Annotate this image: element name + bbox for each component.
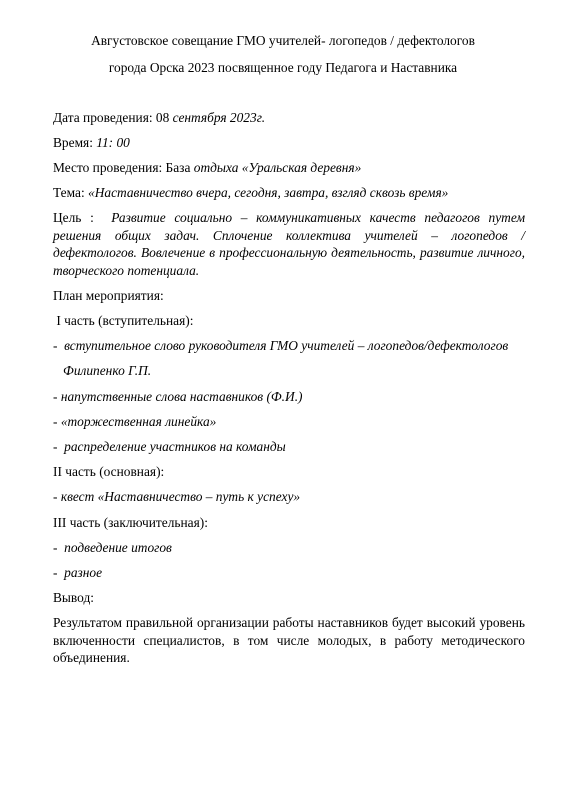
list-item: - распределение участников на команды bbox=[53, 439, 525, 455]
place-value: отдыха «Уральская деревня» bbox=[194, 160, 362, 175]
dash: - bbox=[53, 489, 61, 504]
list-item: - квест «Наставничество – путь к успеху» bbox=[53, 489, 525, 505]
list-item-text: Филипенко Г.П. bbox=[63, 363, 151, 378]
list-item: - напутственные слова наставников (Ф.И.) bbox=[53, 389, 525, 405]
dash: - bbox=[53, 565, 64, 580]
dash: - bbox=[53, 414, 61, 429]
topic-value: «Наставничество вчера, сегодня, завтра, … bbox=[88, 185, 448, 200]
part2-title: II часть (основная): bbox=[53, 464, 525, 480]
time-label: Время: bbox=[53, 135, 96, 150]
list-item: Филипенко Г.П. bbox=[53, 363, 525, 379]
list-item-text: вступительное слово руководителя ГМО учи… bbox=[64, 338, 508, 353]
part1-title: I часть (вступительная): bbox=[53, 313, 525, 329]
dash: - bbox=[53, 389, 61, 404]
plan-heading: План мероприятия: bbox=[53, 288, 525, 304]
topic-label: Тема: bbox=[53, 185, 88, 200]
dash: - bbox=[53, 439, 64, 454]
list-item-text: напутственные слова наставников (Ф.И.) bbox=[61, 389, 303, 404]
list-item: - вступительное слово руководителя ГМО у… bbox=[53, 338, 525, 354]
date-line: Дата проведения: 08 сентября 2023г. bbox=[53, 110, 525, 126]
conclusion-heading: Вывод: bbox=[53, 590, 525, 606]
part3-title: III часть (заключительная): bbox=[53, 515, 525, 531]
document-title-line-1: Августовское совещание ГМО учителей- лог… bbox=[0, 33, 566, 49]
date-label: Дата проведения: 08 bbox=[53, 110, 173, 125]
time-value: 11: 00 bbox=[96, 135, 130, 150]
date-value: сентября 2023г. bbox=[173, 110, 265, 125]
place-label: Место проведения: База bbox=[53, 160, 194, 175]
list-item-text: разное bbox=[64, 565, 102, 580]
list-item: - «торжественная линейка» bbox=[53, 414, 525, 430]
dash: - bbox=[53, 338, 64, 353]
document-title-line-2: города Орска 2023 посвященное году Педаг… bbox=[0, 60, 566, 76]
time-line: Время: 11: 00 bbox=[53, 135, 525, 151]
place-line: Место проведения: База отдыха «Уральская… bbox=[53, 160, 525, 176]
list-item-text: распределение участников на команды bbox=[64, 439, 286, 454]
dash: - bbox=[53, 540, 64, 555]
topic-line: Тема: «Наставничество вчера, сегодня, за… bbox=[53, 185, 525, 201]
goal-label: Цель : bbox=[53, 210, 111, 225]
conclusion-paragraph: Результатом правильной организации работ… bbox=[53, 614, 525, 667]
goal-paragraph: Цель : Развитие социально – коммуникатив… bbox=[53, 209, 525, 279]
goal-value: Развитие социально – коммуникативных кач… bbox=[53, 210, 525, 278]
list-item-text: «торжественная линейка» bbox=[61, 414, 217, 429]
list-item: - разное bbox=[53, 565, 525, 581]
list-item: - подведение итогов bbox=[53, 540, 525, 556]
list-item-text: квест «Наставничество – путь к успеху» bbox=[61, 489, 300, 504]
dash bbox=[53, 363, 63, 378]
list-item-text: подведение итогов bbox=[64, 540, 172, 555]
